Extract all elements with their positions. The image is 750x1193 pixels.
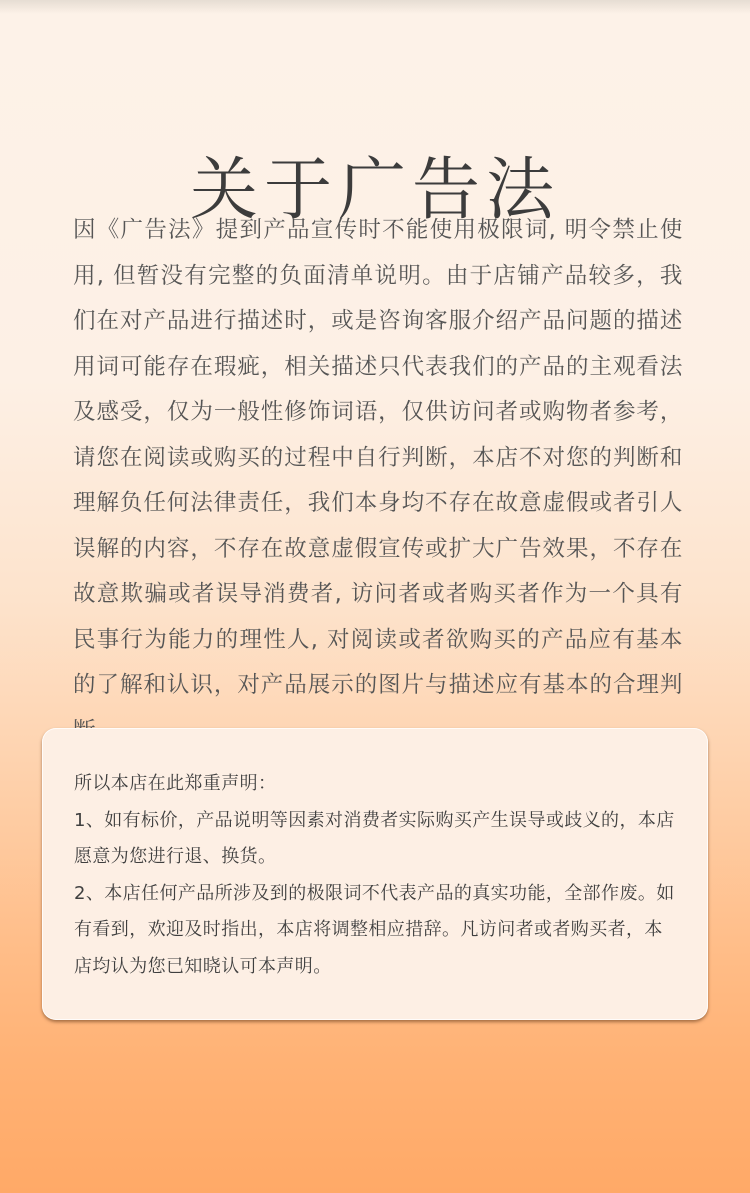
declaration-card: 所以本店在此郑重声明： 1、如有标价，产品说明等因素对消费者实际购买产生误导或歧… bbox=[42, 728, 708, 1020]
top-shadow bbox=[0, 0, 750, 14]
intro-section: 因《广告法》提到产品宣传时不能使用极限词, 明令禁止使用, 但暂没有完整的负面清… bbox=[73, 208, 683, 754]
declaration-item-2: 2、本店任何产品所涉及到的极限词不代表产品的真实功能，全部作废。如有看到，欢迎及… bbox=[74, 876, 678, 986]
declaration-heading: 所以本店在此郑重声明： bbox=[74, 766, 678, 803]
intro-paragraph: 因《广告法》提到产品宣传时不能使用极限词, 明令禁止使用, 但暂没有完整的负面清… bbox=[73, 208, 683, 754]
declaration-item-1: 1、如有标价，产品说明等因素对消费者实际购买产生误导或歧义的，本店愿意为您进行退… bbox=[74, 803, 678, 876]
